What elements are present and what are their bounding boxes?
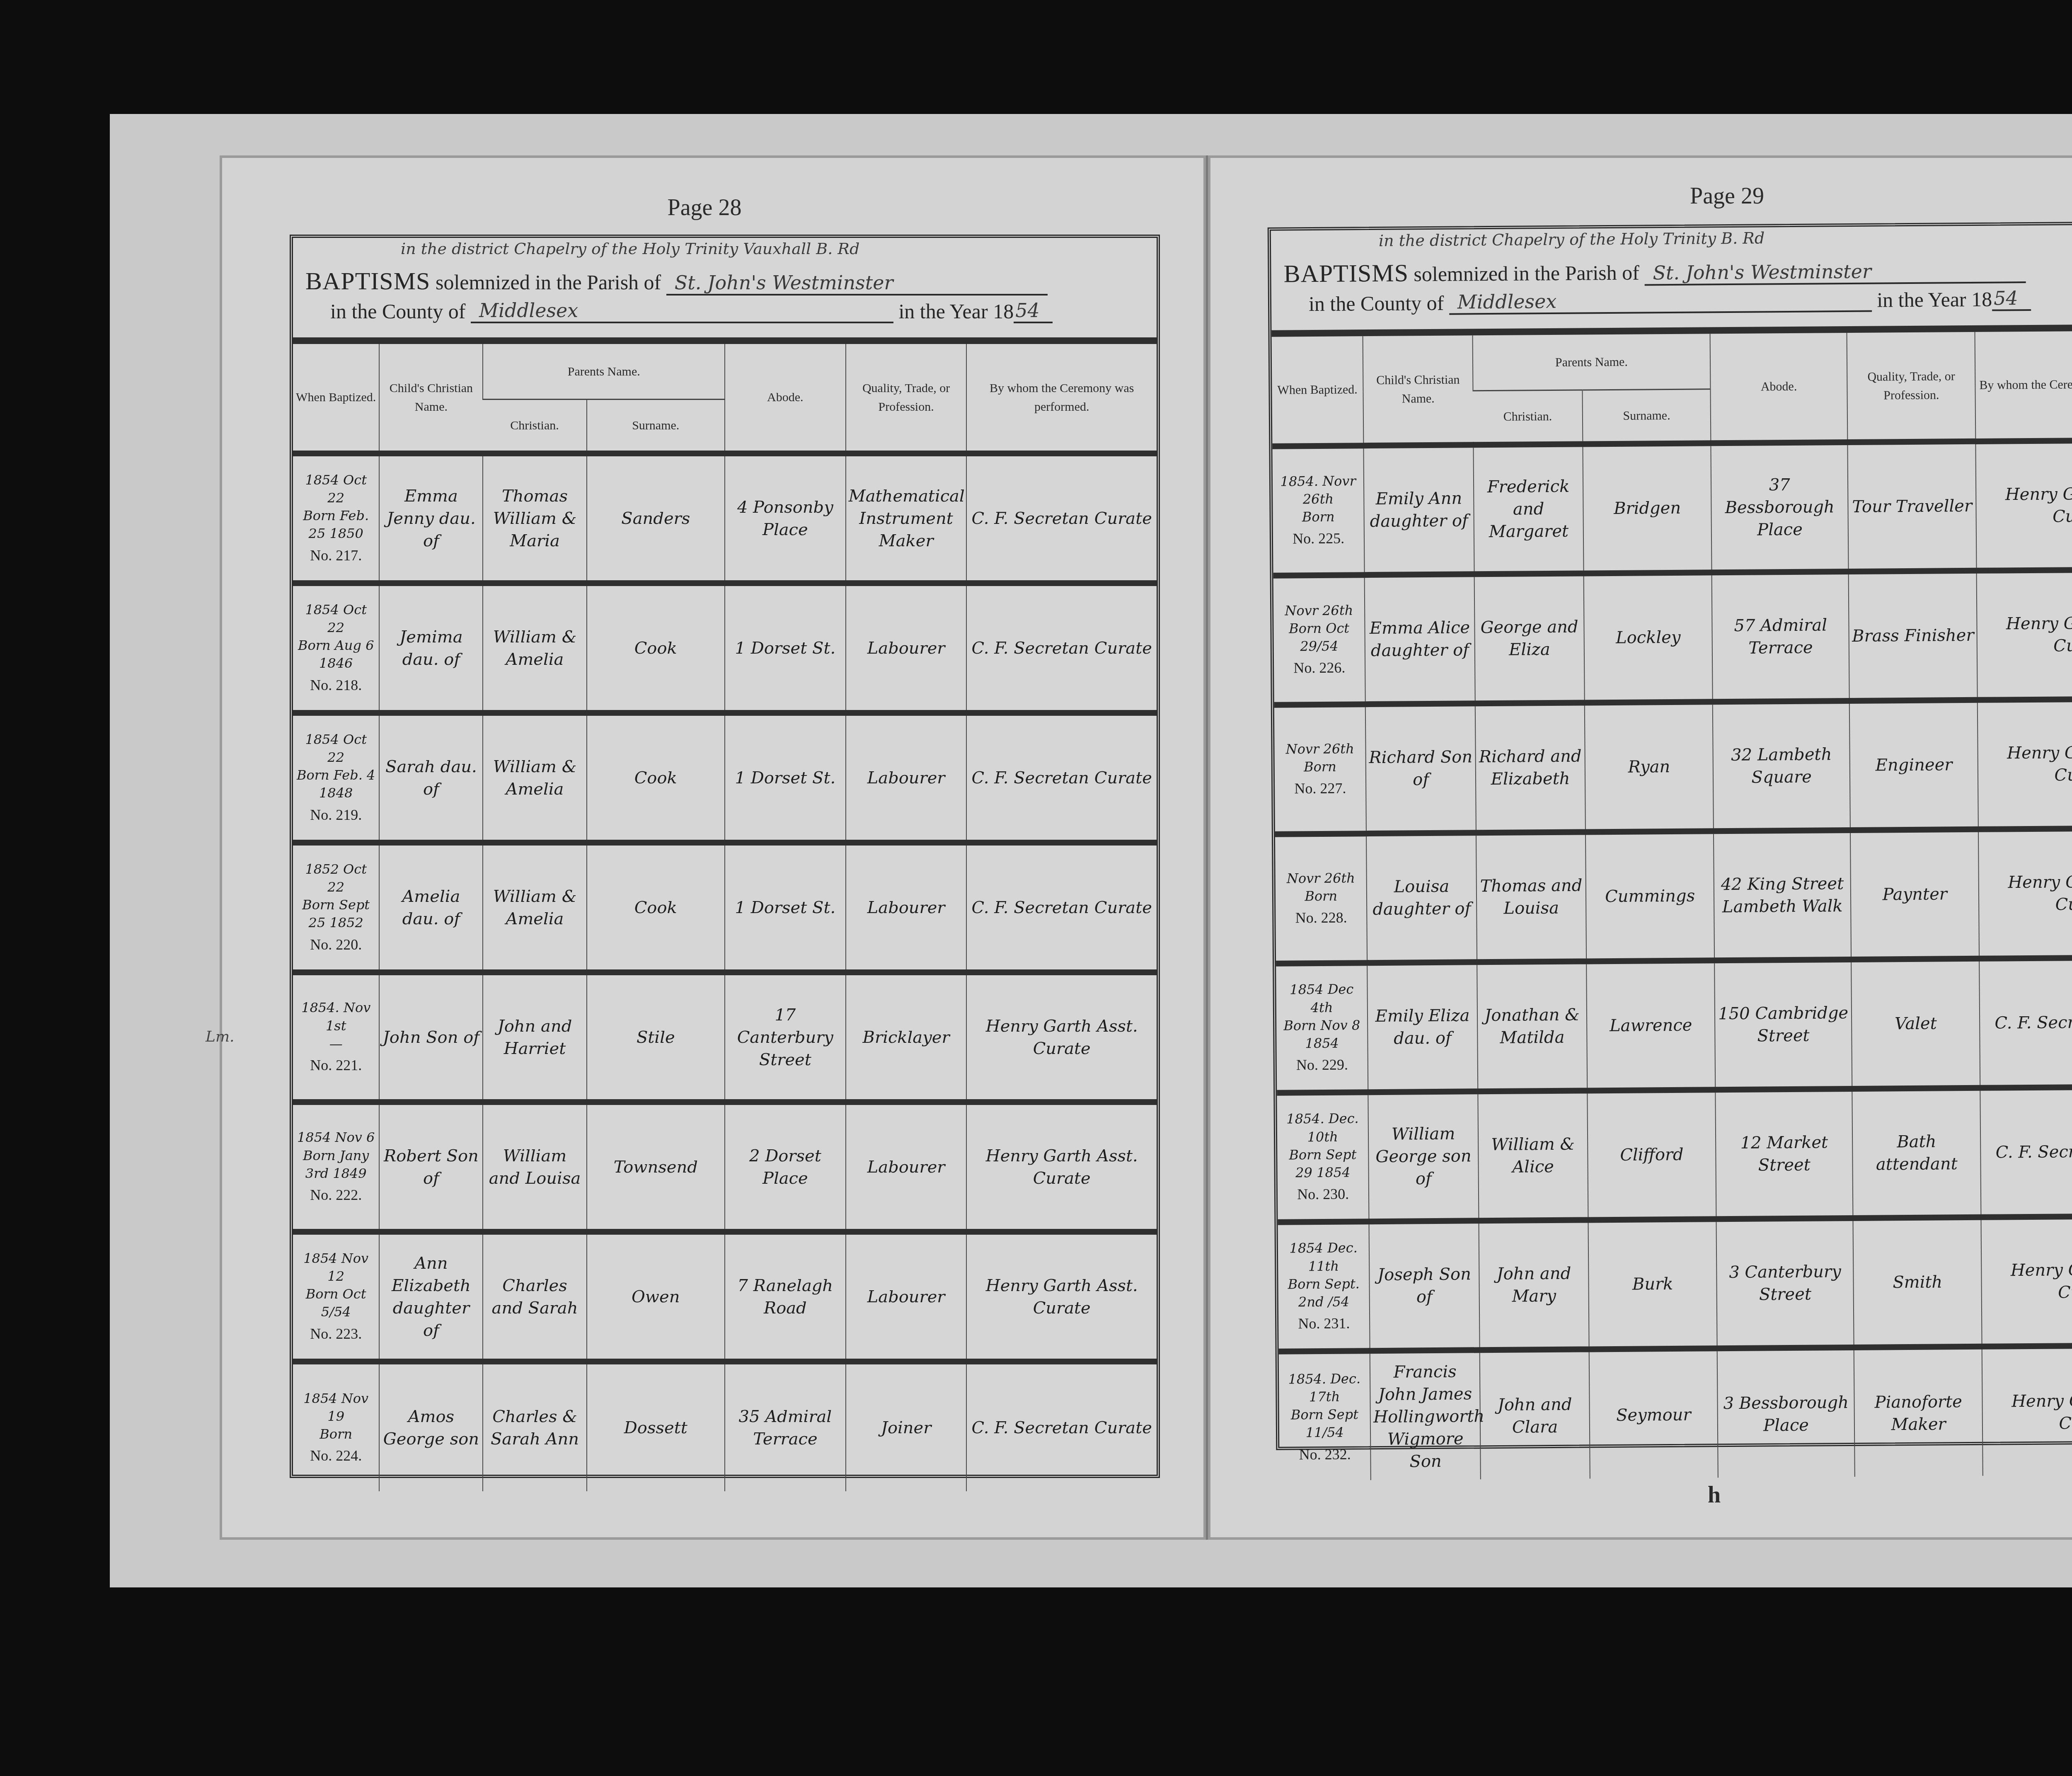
birth-date: Born Nov 8 1854 bbox=[1279, 1016, 1365, 1053]
entry-number: No. 225. bbox=[1276, 528, 1362, 549]
birth-date: Born Oct 29/54 bbox=[1276, 619, 1362, 656]
cell-abode: 42 King Street Lambeth Walk bbox=[1714, 830, 1852, 960]
cell-parents-christian: Frederick and Margaret bbox=[1473, 444, 1584, 574]
cell-parents-surname: Sanders bbox=[587, 453, 725, 583]
cell-abode: 3 Canterbury Street bbox=[1716, 1218, 1854, 1348]
cell-parents-christian: John and Clara bbox=[1480, 1349, 1590, 1479]
cell-parents-christian: Richard and Elizabeth bbox=[1475, 703, 1586, 833]
cell-quality: Mathematical Instrument Maker bbox=[846, 453, 967, 583]
entry-number: No. 229. bbox=[1279, 1054, 1365, 1075]
col-quality: Quality, Trade, or Profession. bbox=[1847, 332, 1975, 442]
baptism-date: 1854 Nov 12 bbox=[295, 1250, 376, 1285]
cell-when-baptized: 1854 Oct 22Born Feb. 4 1848No. 219. bbox=[293, 713, 379, 843]
baptism-date: Novr 26th bbox=[1277, 740, 1363, 758]
entry-number: No. 228. bbox=[1278, 907, 1364, 928]
cell-child-name: Emma Alice daughter of bbox=[1365, 574, 1475, 704]
cell-officiant: C. F. Secretan Curate bbox=[966, 1362, 1157, 1491]
table-row: 1852 Oct 22Born Sept 25 1852No. 220.Amel… bbox=[293, 843, 1157, 972]
cell-child-name: Emily Eliza dau. of bbox=[1368, 962, 1478, 1092]
cell-parents-christian: Thomas and Louisa bbox=[1476, 832, 1587, 962]
cell-officiant: Henry Garth Asst. Curate bbox=[966, 972, 1157, 1102]
cell-parents-christian: John and Harriet bbox=[483, 972, 586, 1102]
register-heading: in the district Chapelry of the Holy Tri… bbox=[293, 238, 1157, 344]
entry-number: No. 231. bbox=[1281, 1313, 1367, 1334]
cell-parents-christian: Charles & Sarah Ann bbox=[483, 1362, 586, 1491]
birth-date: — bbox=[295, 1035, 376, 1053]
table-row: 1854 Nov 6Born Jany 3rd 1849No. 222.Robe… bbox=[293, 1102, 1157, 1232]
baptism-date: 1854 Oct 22 bbox=[295, 471, 376, 507]
cell-child-name: Sarah dau. of bbox=[379, 713, 483, 843]
birth-date: Born bbox=[295, 1425, 376, 1443]
page-number: Page 29 bbox=[1186, 183, 2072, 209]
entry-number: No. 230. bbox=[1280, 1184, 1366, 1204]
cell-officiant: C. F. Secretan Curate bbox=[966, 453, 1157, 583]
cell-abode: 12 Market Street bbox=[1715, 1089, 1853, 1219]
col-parents-christian: Christian. bbox=[1473, 390, 1583, 445]
birth-date: Born Oct 5/54 bbox=[295, 1285, 376, 1321]
baptism-date: 1854 Dec 4th bbox=[1278, 981, 1365, 1017]
col-when: When Baptized. bbox=[293, 344, 379, 453]
cell-parents-christian: George and Eliza bbox=[1474, 573, 1585, 703]
cell-abode: 4 Ponsonby Place bbox=[725, 453, 846, 583]
page-number: Page 28 bbox=[206, 194, 1203, 221]
cell-when-baptized: 1854. Dec. 17thBorn Sept 11/54No. 232. bbox=[1279, 1351, 1371, 1481]
cell-quality: Labourer bbox=[846, 1232, 967, 1362]
birth-date: Born Jany 3rd 1849 bbox=[295, 1147, 376, 1182]
cell-when-baptized: 1854 Oct 22Born Aug 6 1846No. 218. bbox=[293, 583, 379, 713]
table-row: 1854. Novr 26thBornNo. 225.Emily Ann dau… bbox=[1272, 440, 2072, 575]
cell-when-baptized: 1854 Dec 4thBorn Nov 8 1854No. 229. bbox=[1276, 963, 1368, 1093]
entry-number: No. 218. bbox=[295, 675, 376, 695]
col-parents-surname: Surname. bbox=[1583, 389, 1711, 444]
solemnized-label: solemnized in the Parish of bbox=[1414, 261, 1639, 286]
register-table-right: in the district Chapelry of the Holy Tri… bbox=[1268, 221, 2072, 1450]
cell-parents-surname: Burk bbox=[1588, 1219, 1717, 1349]
entry-number: No. 221. bbox=[295, 1055, 376, 1076]
baptism-date: 1854 Nov 19 bbox=[295, 1390, 376, 1425]
cell-child-name: Louisa daughter of bbox=[1366, 833, 1477, 963]
cell-child-name: Amos George son bbox=[379, 1362, 483, 1491]
entries-table: When Baptized. Child's Christian Name. P… bbox=[293, 344, 1157, 1491]
cell-officiant: Henry Garth Asst. Curate bbox=[966, 1232, 1157, 1362]
table-row: 1854 Dec. 11thBorn Sept. 2nd /54No. 231.… bbox=[1278, 1216, 2072, 1351]
register-table-left: in the district Chapelry of the Holy Tri… bbox=[290, 235, 1160, 1478]
birth-date: Born bbox=[1278, 887, 1364, 906]
table-row: Novr 26thBorn Oct 29/54No. 226.Emma Alic… bbox=[1273, 569, 2072, 705]
cell-parents-surname: Clifford bbox=[1588, 1090, 1716, 1220]
baptism-date: 1854 Oct 22 bbox=[295, 731, 376, 766]
left-page: Page 28 Lm. in the district Chapelry of … bbox=[220, 155, 1206, 1540]
year-field: 54 bbox=[1014, 299, 1053, 323]
cell-child-name: Emma Jenny dau. of bbox=[379, 453, 483, 583]
cell-parents-surname: Seymour bbox=[1589, 1348, 1718, 1478]
year-label: in the Year 18 bbox=[1877, 288, 1992, 312]
cell-child-name: Richard Son of bbox=[1365, 703, 1476, 833]
baptism-date: 1854. Dec. 17th bbox=[1281, 1370, 1368, 1406]
cell-officiant: C. F. Secretan Curate bbox=[1979, 957, 2072, 1088]
cell-parents-surname: Owen bbox=[587, 1232, 725, 1362]
cell-quality: Paynter bbox=[1850, 829, 1979, 959]
cell-parents-surname: Townsend bbox=[587, 1102, 725, 1232]
col-by-whom: By whom the Ceremony was performed. bbox=[966, 344, 1157, 453]
entry-number: No. 226. bbox=[1276, 658, 1363, 678]
cell-quality: Joiner bbox=[846, 1362, 967, 1491]
cell-abode: 57 Admiral Terrace bbox=[1711, 572, 1849, 702]
cell-officiant: C. F. Secretan Curate bbox=[966, 583, 1157, 713]
entry-number: No. 219. bbox=[295, 805, 376, 825]
cell-quality: Labourer bbox=[846, 583, 967, 713]
table-row: 1854 Oct 22Born Feb. 4 1848No. 219.Sarah… bbox=[293, 713, 1157, 843]
folio-signature: h bbox=[1708, 1482, 1721, 1508]
entry-number: No. 232. bbox=[1282, 1444, 1368, 1465]
cell-when-baptized: Novr 26thBornNo. 227. bbox=[1274, 704, 1367, 834]
cell-parents-surname: Cummings bbox=[1585, 831, 1714, 961]
cell-abode: 2 Dorset Place bbox=[725, 1102, 846, 1232]
birth-date: Born Sept 11/54 bbox=[1282, 1405, 1368, 1442]
cell-abode: 3 Bessborough Place bbox=[1717, 1347, 1855, 1478]
cell-abode: 150 Cambridge Street bbox=[1714, 959, 1852, 1090]
col-child: Child's Christian Name. bbox=[379, 344, 483, 453]
col-parents-christian: Christian. bbox=[483, 400, 586, 454]
cell-parents-christian: Jonathan & Matilda bbox=[1477, 961, 1588, 1091]
entry-number: No. 224. bbox=[295, 1446, 376, 1466]
cell-when-baptized: 1854 Dec. 11thBorn Sept. 2nd /54No. 231. bbox=[1278, 1221, 1370, 1352]
cell-when-baptized: 1854 Nov 12Born Oct 5/54No. 223. bbox=[293, 1232, 379, 1362]
cell-quality: Brass Finisher bbox=[1849, 571, 1978, 701]
cell-child-name: Jemima dau. of bbox=[379, 583, 483, 713]
cell-child-name: Joseph Son of bbox=[1369, 1221, 1480, 1351]
birth-date: Born bbox=[1277, 758, 1363, 776]
table-row: 1854. Dec. 17thBorn Sept 11/54No. 232.Fr… bbox=[1279, 1345, 2072, 1480]
birth-date: Born bbox=[1275, 508, 1361, 527]
col-child: Child's Christian Name. bbox=[1363, 335, 1473, 446]
baptism-date: Novr 26th bbox=[1278, 869, 1364, 888]
cell-parents-christian: William & Amelia bbox=[483, 713, 586, 843]
cell-abode: 37 Bessborough Place bbox=[1711, 442, 1849, 572]
cell-parents-surname: Lawrence bbox=[1586, 960, 1715, 1090]
parish-field: St. John's Westminster bbox=[1644, 259, 2026, 286]
cell-abode: 1 Dorset St. bbox=[725, 713, 846, 843]
cell-abode: 35 Admiral Terrace bbox=[725, 1362, 846, 1491]
baptism-date: 1854. Nov 1st bbox=[295, 999, 376, 1035]
col-abode: Abode. bbox=[1710, 333, 1847, 443]
cell-officiant: Henry Garth Asst. Curate bbox=[1978, 698, 2072, 829]
table-row: 1854 Oct 22Born Aug 6 1846No. 218.Jemima… bbox=[293, 583, 1157, 713]
birth-date: Born Feb. 4 1848 bbox=[295, 766, 376, 802]
cell-parents-christian: William & Alice bbox=[1478, 1090, 1588, 1221]
entry-number: No. 222. bbox=[295, 1185, 376, 1205]
cell-abode: 32 Lambeth Square bbox=[1713, 701, 1851, 831]
baptism-date: 1854 Nov 6 bbox=[295, 1129, 376, 1146]
cell-when-baptized: Novr 26thBorn Oct 29/54No. 226. bbox=[1273, 575, 1366, 705]
cell-quality: Pianoforte Maker bbox=[1854, 1347, 1983, 1477]
entries-table: When Baptized. Child's Christian Name. P… bbox=[1272, 330, 2072, 1480]
solemnized-label: solemnized in the Parish of bbox=[436, 271, 661, 294]
cell-when-baptized: Novr 26thBornNo. 228. bbox=[1275, 833, 1368, 964]
baptism-date: Novr 26th bbox=[1276, 601, 1362, 620]
col-parents: Parents Name. bbox=[1472, 334, 1710, 390]
baptism-date: 1854. Dec. 10th bbox=[1280, 1110, 1366, 1146]
cell-officiant: Henry Garth Asst. Curate bbox=[966, 1102, 1157, 1232]
year-field: 54 bbox=[1992, 287, 2031, 311]
cell-parents-surname: Stile bbox=[587, 972, 725, 1102]
col-parents-surname: Surname. bbox=[587, 400, 725, 454]
birth-date: Born Aug 6 1846 bbox=[295, 637, 376, 672]
cell-officiant: C. F. Secretan Curate bbox=[1980, 1086, 2072, 1217]
right-page: Page 29 in the district Chapelry of the … bbox=[1208, 155, 2072, 1540]
entry-number: No. 223. bbox=[295, 1324, 376, 1344]
cell-abode: 1 Dorset St. bbox=[725, 583, 846, 713]
cell-when-baptized: 1854. Dec. 10thBorn Sept 29 1854No. 230. bbox=[1277, 1092, 1369, 1222]
cell-abode: 17 Canterbury Street bbox=[725, 972, 846, 1102]
cell-quality: Bricklayer bbox=[846, 972, 967, 1102]
table-row: Novr 26thBornNo. 227.Richard Son ofRicha… bbox=[1274, 698, 2072, 834]
cell-parents-surname: Lockley bbox=[1584, 572, 1713, 703]
year-label: in the Year 18 bbox=[898, 300, 1014, 323]
county-field: Middlesex bbox=[471, 299, 893, 323]
cell-child-name: Robert Son of bbox=[379, 1102, 483, 1232]
entry-number: No. 217. bbox=[295, 545, 376, 566]
cell-officiant: Henry Garth Asst. Curate bbox=[1982, 1345, 2072, 1476]
cell-child-name: John Son of bbox=[379, 972, 483, 1102]
col-by-whom: By whom the Ceremony was performed. bbox=[1975, 330, 2072, 441]
cell-child-name: Francis John James Hollingworth Wigmore … bbox=[1370, 1350, 1481, 1480]
col-quality: Quality, Trade, or Profession. bbox=[846, 344, 967, 453]
cell-when-baptized: 1854 Oct 22Born Feb. 25 1850No. 217. bbox=[293, 453, 379, 583]
cell-when-baptized: 1854 Nov 19BornNo. 224. bbox=[293, 1362, 379, 1491]
birth-date: Born Sept 29 1854 bbox=[1280, 1146, 1366, 1182]
chapelry-annotation: in the district Chapelry of the Holy Tri… bbox=[401, 240, 859, 258]
cell-abode: 7 Ranelagh Road bbox=[725, 1232, 846, 1362]
birth-date: Born Sept 25 1852 bbox=[295, 896, 376, 932]
baptism-date: 1854. Novr 26th bbox=[1275, 472, 1361, 509]
birth-date: Born Sept. 2nd /54 bbox=[1280, 1275, 1367, 1311]
cell-parents-surname: Cook bbox=[587, 583, 725, 713]
cell-parents-christian: William & Amelia bbox=[483, 583, 586, 713]
baptism-date: 1854 Oct 22 bbox=[295, 601, 376, 637]
table-row: 1854. Dec. 10thBorn Sept 29 1854No. 230.… bbox=[1277, 1086, 2072, 1222]
cell-quality: Labourer bbox=[846, 713, 967, 843]
margin-mark: Lm. bbox=[206, 1028, 235, 1045]
cell-when-baptized: 1852 Oct 22Born Sept 25 1852No. 220. bbox=[293, 843, 379, 972]
col-when: When Baptized. bbox=[1272, 336, 1364, 446]
cell-quality: Bath attendant bbox=[1852, 1088, 1981, 1218]
baptism-date: 1852 Oct 22 bbox=[295, 860, 376, 896]
table-row: 1854. Nov 1st—No. 221.John Son ofJohn an… bbox=[293, 972, 1157, 1102]
cell-officiant: Henry Garth Asst. Curate bbox=[1978, 828, 2072, 959]
table-row: Novr 26thBornNo. 228.Louisa daughter ofT… bbox=[1275, 828, 2072, 963]
table-row: 1854 Nov 12Born Oct 5/54No. 223.Ann Eliz… bbox=[293, 1232, 1157, 1362]
col-parents: Parents Name. bbox=[483, 344, 725, 400]
entry-number: No. 220. bbox=[295, 935, 376, 955]
table-row: 1854 Dec 4thBorn Nov 8 1854No. 229.Emily… bbox=[1276, 957, 2072, 1093]
cell-parents-christian: Charles and Sarah bbox=[483, 1232, 586, 1362]
chapelry-annotation: in the district Chapelry of the Holy Tri… bbox=[1379, 229, 1765, 250]
cell-officiant: Henry Garth Asst. Curate bbox=[1975, 440, 2072, 571]
cell-officiant: C. F. Secretan Curate bbox=[966, 843, 1157, 972]
cell-child-name: Ann Elizabeth daughter of bbox=[379, 1232, 483, 1362]
cell-officiant: Henry Garth Asst. Curate bbox=[1981, 1216, 2072, 1347]
cell-when-baptized: 1854 Nov 6Born Jany 3rd 1849No. 222. bbox=[293, 1102, 379, 1232]
cell-parents-surname: Bridgen bbox=[1583, 443, 1712, 573]
baptisms-label: BAPTISMS bbox=[1283, 259, 1409, 287]
entry-number: No. 227. bbox=[1277, 778, 1363, 799]
cell-child-name: William George son of bbox=[1368, 1091, 1479, 1221]
cell-parents-surname: Ryan bbox=[1585, 702, 1714, 832]
cell-when-baptized: 1854. Nov 1st—No. 221. bbox=[293, 972, 379, 1102]
parish-field: St. John's Westminster bbox=[666, 271, 1048, 296]
baptism-date: 1854 Dec. 11th bbox=[1280, 1239, 1367, 1276]
cell-child-name: Emily Ann daughter of bbox=[1364, 445, 1474, 575]
cell-when-baptized: 1854. Novr 26thBornNo. 225. bbox=[1272, 446, 1365, 576]
cell-parents-christian: Thomas William & Maria bbox=[483, 453, 586, 583]
baptisms-label: BAPTISMS bbox=[305, 267, 430, 295]
county-label: in the County of bbox=[1309, 291, 1444, 315]
county-label: in the County of bbox=[330, 300, 465, 323]
table-row: 1854 Oct 22Born Feb. 25 1850No. 217.Emma… bbox=[293, 453, 1157, 583]
birth-date: Born Feb. 25 1850 bbox=[295, 507, 376, 543]
county-field: Middlesex bbox=[1449, 288, 1872, 315]
cell-parents-surname: Cook bbox=[587, 843, 725, 972]
cell-quality: Engineer bbox=[1849, 700, 1978, 830]
cell-quality: Tour Traveller bbox=[1848, 441, 1977, 572]
cell-quality: Labourer bbox=[846, 1102, 967, 1232]
cell-parents-christian: William and Louisa bbox=[483, 1102, 586, 1232]
cell-officiant: C. F. Secretan Curate bbox=[966, 713, 1157, 843]
cell-quality: Valet bbox=[1852, 959, 1980, 1089]
cell-child-name: Amelia dau. of bbox=[379, 843, 483, 972]
cell-quality: Smith bbox=[1853, 1217, 1982, 1347]
cell-abode: 1 Dorset St. bbox=[725, 843, 846, 972]
register-heading: in the district Chapelry of the Holy Tri… bbox=[1271, 224, 2072, 337]
cell-parents-christian: William & Amelia bbox=[483, 843, 586, 972]
cell-officiant: Henry Garth Asst. Curate bbox=[1977, 569, 2072, 700]
table-row: 1854 Nov 19BornNo. 224.Amos George sonCh… bbox=[293, 1362, 1157, 1491]
cell-parents-christian: John and Mary bbox=[1479, 1220, 1589, 1350]
col-abode: Abode. bbox=[725, 344, 846, 453]
cell-parents-surname: Cook bbox=[587, 713, 725, 843]
cell-parents-surname: Dossett bbox=[587, 1362, 725, 1491]
cell-quality: Labourer bbox=[846, 843, 967, 972]
